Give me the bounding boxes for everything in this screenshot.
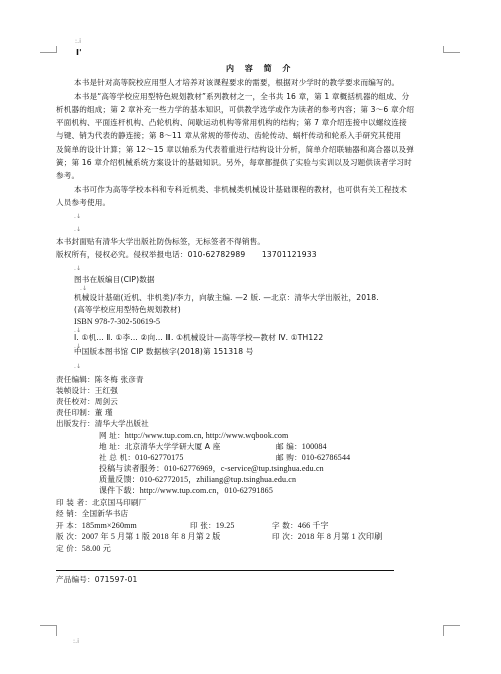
copyright-text: 版权所有，侵权必究。侵权举报电话：010-62782989: [56, 250, 245, 259]
copyright-notice: 版权所有，侵权必究。侵权举报电话：010-62782989 1370112193…: [56, 250, 317, 260]
intro-paragraph-2-line: 与键、销为代表的静连接；第 8～11 章从常规的带传动、齿轮传动、蜗杆传动和轮系…: [56, 131, 401, 141]
publisher-courseware: 课件下载：http://www.tup.com.cn，010-62791865: [99, 486, 273, 496]
publisher-switchboard: 社 总 机：010-62770175: [99, 453, 184, 463]
paragraph-mark: .↓: [74, 225, 81, 235]
copyright-phone-2: 13701121933: [262, 250, 317, 259]
intro-paragraph-2-line: 参考。: [56, 171, 79, 181]
product-code: 产品编号：071597-01: [56, 575, 137, 585]
document-page: :.i I' 内 容 简 介 本书是针对高等院校应用型人才培养对该课程要求的需要…: [0, 0, 501, 674]
crop-mark-top-left: [40, 46, 57, 53]
credit-proofreader: 责任校对：周剑云: [56, 397, 118, 407]
publisher-website: 网 址：http://www.tup.com.cn, http://www.wq…: [99, 431, 288, 441]
anti-counterfeit-notice: 本书封面贴有清华大学出版社防伪标签，无标签者不得销售。: [56, 237, 265, 247]
cip-isbn: ISBN 978-7-302-50619-5: [74, 317, 160, 327]
format: 开 本：185mm×260mm: [56, 521, 137, 531]
paragraph-mark: .↓: [74, 362, 81, 372]
publisher-quality-feedback: 质量反馈：010-62772015，zhiliang@tup.tsinghua.…: [99, 475, 296, 485]
credit-print-supervisor: 责任印制：董 瑾: [56, 408, 113, 418]
publisher-postcode: 邮 编：100084: [276, 442, 327, 452]
intro-paragraph-2-line: 析机器的组成；第 2 章补充一些力学的基本知识，可供教学选学或作为读者的参考内容…: [56, 105, 414, 115]
page-title: 内 容 简 介: [226, 64, 294, 74]
intro-paragraph-2-line: 簧；第 16 章介绍机械系统方案设计的基础知识。另外，每章都提供了实验与实训以及…: [56, 158, 412, 168]
credit-editor: 责任编辑：陈冬梅 张彦青: [56, 375, 144, 385]
paragraph-mark: .↓: [74, 212, 81, 222]
edition: 版 次：2007 年 5 月第 1 版 2018 年 8 月第 2 版: [56, 532, 220, 542]
publisher-address: 地 址：北京清华大学学研大厦 A 座: [99, 442, 220, 452]
horizontal-rule: [56, 570, 394, 571]
intro-paragraph-2-line: 本书是“高等学校应用型特色规划教材”系列教材之一，全书共 16 章，第 1 章概…: [74, 92, 409, 102]
printer: 印 装 者：北京国马印刷厂: [56, 498, 146, 508]
header-cursor-mark: I': [76, 48, 82, 58]
intro-paragraph-3-line: 本书可作为高等学校本科和专科近机类、非机械类机械设计基础课程的教材，也可供有关工…: [74, 185, 407, 195]
intro-paragraph-3-line: 人员参考使用。: [56, 198, 110, 208]
cip-classification: Ⅰ. ①机… Ⅱ. ①李… ②向… Ⅲ. ①机械设计—高等学校—教材 Ⅳ. ①T…: [74, 333, 323, 343]
footer-mark: :.i: [73, 637, 79, 647]
cip-record-number: 中国版本图书馆 CIP 数据核字(2018)第 151318 号: [74, 347, 254, 357]
print-sheets: 印 张：19.25: [190, 521, 235, 531]
word-count: 字 数：466 千字: [272, 521, 329, 531]
intro-paragraph-2-line: 及简单的设计计算；第 12～15 章以轴系为代表着重进行结构设计分析，简单介绍联…: [56, 145, 414, 155]
price: 定 价：58.00 元: [56, 544, 111, 554]
credit-publisher: 出版发行：清华大学出版社: [56, 419, 149, 429]
intro-paragraph-2-line: 平面机构、平面连杆机构、凸轮机构、间歇运动机构等常用机构的结构；第 7 章介绍连…: [56, 118, 407, 128]
printing: 印 次：2018 年 8 月第 1 次印刷: [272, 532, 382, 542]
header-mark: :.i: [75, 37, 81, 47]
credit-cover-design: 装帧设计：王红强: [56, 386, 118, 396]
publisher-reader-service: 投稿与读者服务：010-62776969，c-service@tup.tsing…: [99, 464, 324, 474]
distributor: 经 销：全国新华书店: [56, 509, 128, 519]
crop-mark-top-right: [443, 46, 460, 53]
cip-entry-line-2: (高等学校应用型特色规划教材): [74, 305, 181, 315]
publisher-mail-order: 邮 购：010-62786544: [276, 453, 350, 463]
cip-entry-line-1: 机械设计基础(近机、非机类)/李力，向敏主编. —2 版. —北京：清华大学出版…: [74, 293, 379, 303]
crop-mark-bottom-left: [40, 625, 57, 636]
paragraph-mark: .↓: [74, 264, 81, 274]
crop-mark-bottom-right: [443, 625, 460, 636]
intro-paragraph-1: 本书是针对高等院校应用型人才培养对该课程要求的需要，根据对少学时的教学要求而编写…: [74, 78, 399, 88]
